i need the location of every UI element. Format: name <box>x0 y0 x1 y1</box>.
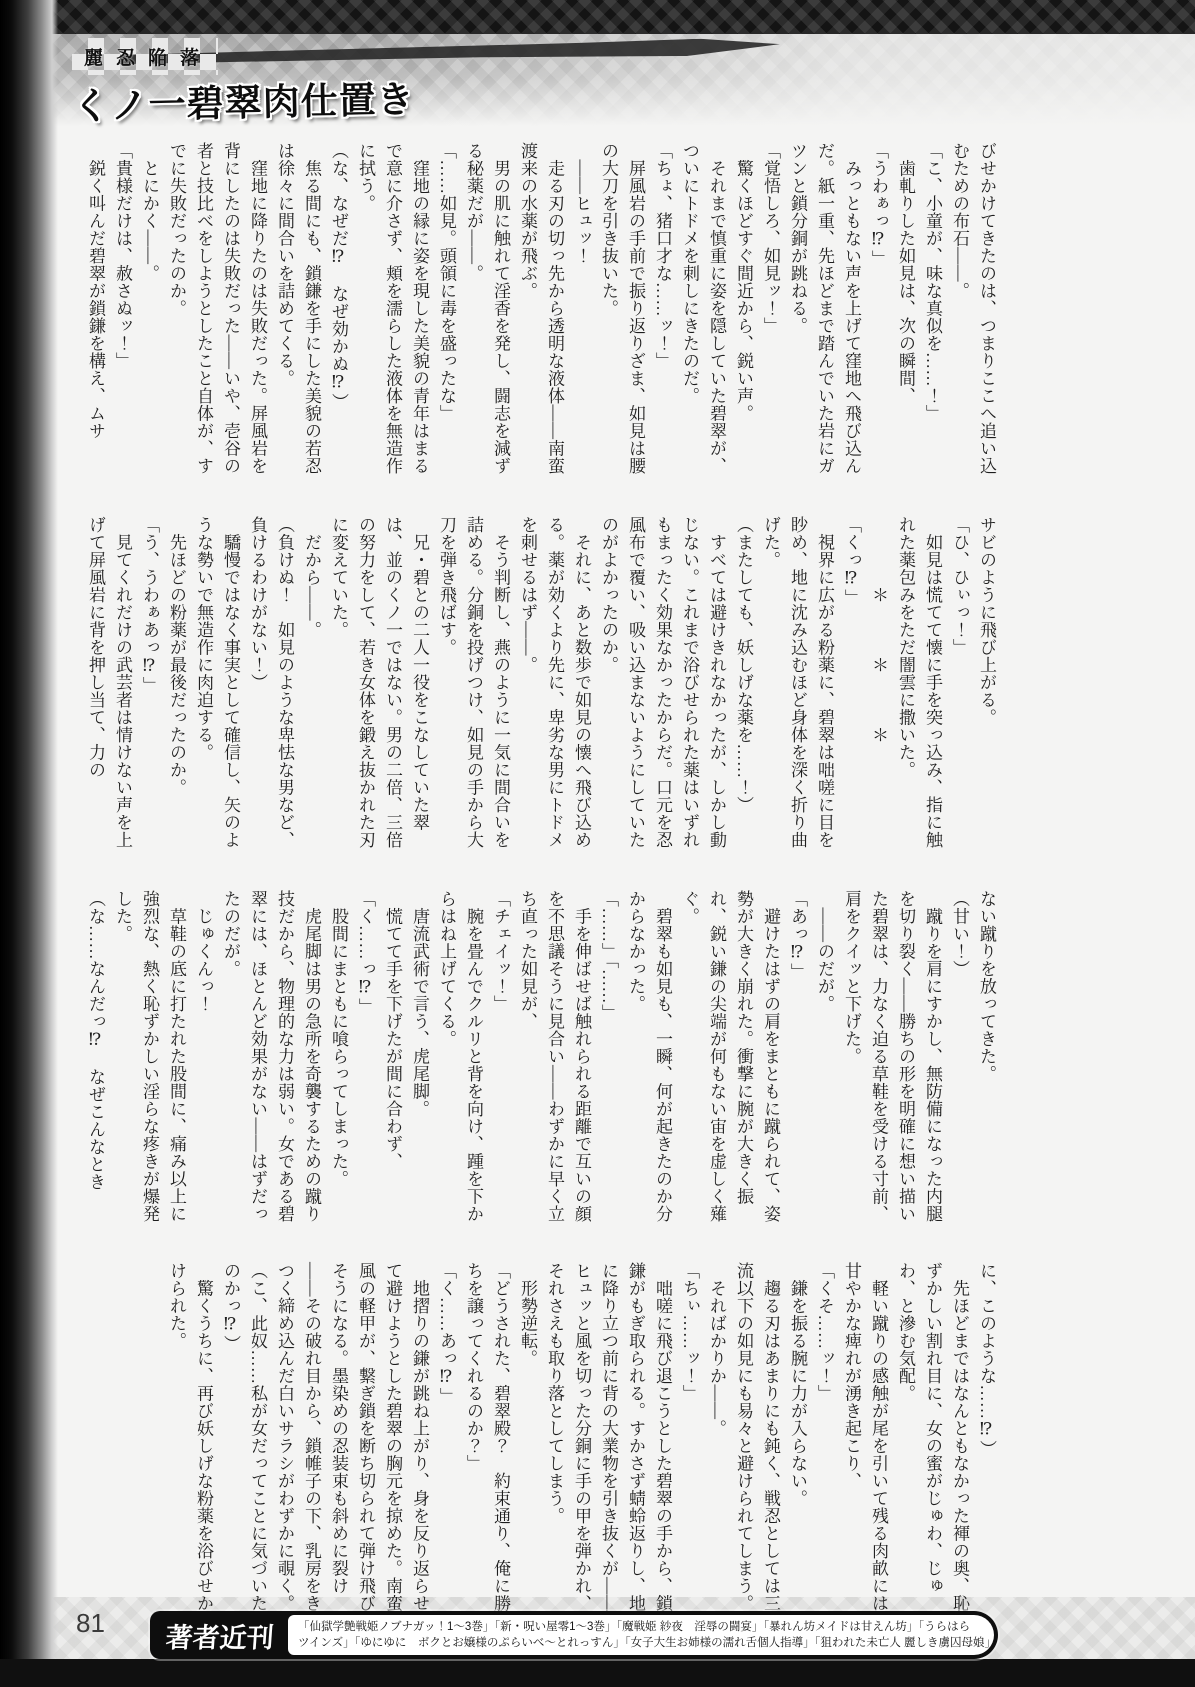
book-titles: 「仙獄学艶戦姫ノブナガッ！1～3巻」「新・呪い屋零1～3巻」「魔戦姫 紗夜 淫辱… <box>288 1617 994 1653</box>
top-border-pattern <box>0 0 1195 34</box>
text-band-4: に、このような……⁉） 先ほどまではなんともなかった褌の奥、恥ずかしい割れ目に、… <box>74 1262 1000 1613</box>
text-band-3: ない蹴りを放ってきた。 （甘い！） 蹴りを肩にすかし、無防備になった内腿を切り裂… <box>74 890 1000 1227</box>
series-tag: 麗忍陥落 <box>72 38 218 75</box>
series-logo: 麗忍陥落 くノ一碧翠肉仕置き <box>72 38 414 130</box>
author-books-bar: 著者近刊 「仙獄学艶戦姫ノブナガッ！1～3巻」「新・呪い屋零1～3巻」「魔戦姫 … <box>150 1611 998 1659</box>
book-titles-line-2: ツインズ」「ゆにゆに ボクとお嬢様のぷらいべ～とれっすん」「女子大生お姉様の濡れ… <box>298 1635 994 1651</box>
book-titles-line-1: 「仙獄学艶戦姫ノブナガッ！1～3巻」「新・呪い屋零1～3巻」「魔戦姫 紗夜 淫辱… <box>298 1619 994 1635</box>
text-band-2: サビのように飛び上がる。 「ひ、ひぃっ！」 如見は慌てて懐に手を突っ込み、指に触… <box>74 516 1000 853</box>
text-band-1: びせかけてきたのは、つまりここへ追い込むための布石――。 「こ、小童が、味な真似… <box>74 142 1000 479</box>
left-frame <box>0 0 58 1687</box>
bottom-frame <box>0 1659 1195 1687</box>
novel-page: 麗忍陥落 くノ一碧翠肉仕置き びせかけてきたのは、つまりここへ追い込むための布石… <box>0 0 1195 1687</box>
author-books-panel: 「仙獄学艶戦姫ノブナガッ！1～3巻」「新・呪い屋零1～3巻」「魔戦姫 紗夜 淫辱… <box>288 1615 994 1655</box>
author-books-label: 著者近刊 <box>148 1611 289 1659</box>
page-title: くノ一碧翠肉仕置き <box>72 69 415 130</box>
page-number: 81 <box>76 1608 105 1639</box>
